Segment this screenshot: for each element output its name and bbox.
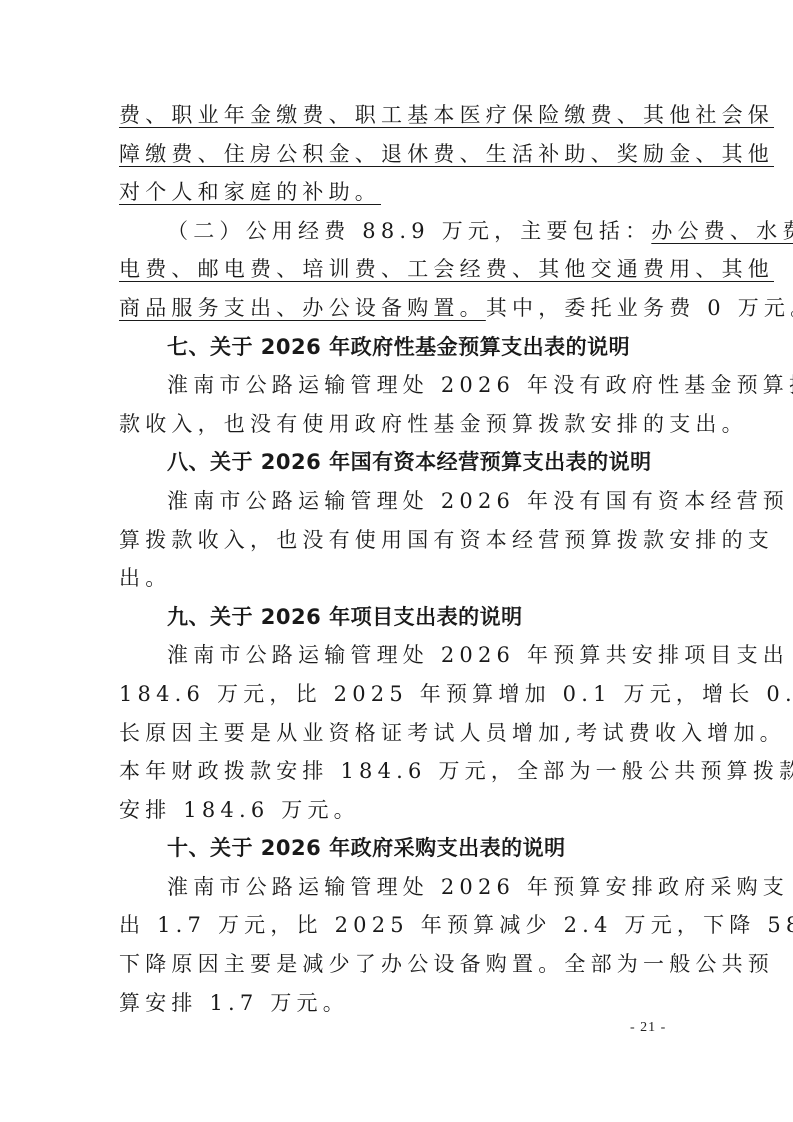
underlined-text: 障缴费、住房公积金、退休费、生活补助、奖励金、其他 bbox=[119, 142, 774, 166]
paragraph-line: 淮南市公路运输管理处 2026 年预算安排政府采购支 bbox=[119, 868, 675, 907]
section-heading-7: 七、关于 2026 年政府性基金预算支出表的说明 bbox=[119, 328, 675, 367]
underlined-text: 办公费、水费、 bbox=[651, 219, 793, 243]
paragraph-line: 淮南市公路运输管理处 2026 年预算共安排项目支出 bbox=[119, 636, 675, 675]
paragraph-line: 对个人和家庭的补助。 bbox=[119, 173, 675, 212]
paragraph-line: （二）公用经费 88.9 万元，主要包括：办公费、水费、 bbox=[119, 212, 675, 251]
underlined-text: 费、职业年金缴费、职工基本医疗保险缴费、其他社会保 bbox=[119, 103, 774, 127]
paragraph-line: 淮南市公路运输管理处 2026 年没有政府性基金预算拨 bbox=[119, 366, 675, 405]
paragraph-line: 长原因主要是从业资格证考试人员增加,考试费收入增加。 bbox=[119, 714, 675, 753]
section-heading-9: 九、关于 2026 年项目支出表的说明 bbox=[119, 598, 675, 637]
underlined-text: 商品服务支出、办公设备购置。 bbox=[119, 296, 486, 320]
paragraph-line: 淮南市公路运输管理处 2026 年没有国有资本经营预 bbox=[119, 482, 675, 521]
underlined-text: 对个人和家庭的补助。 bbox=[119, 180, 381, 204]
document-page: 费、职业年金缴费、职工基本医疗保险缴费、其他社会保 障缴费、住房公积金、退休费、… bbox=[119, 96, 675, 1022]
paragraph-line: 出 1.7 万元，比 2025 年预算减少 2.4 万元，下降 58.5%， bbox=[119, 906, 675, 945]
paragraph-line: 出。 bbox=[119, 559, 675, 598]
paragraph-line: 款收入，也没有使用政府性基金预算拨款安排的支出。 bbox=[119, 405, 675, 444]
entrusted-fee-text: 其中，委托业务费 0 万元。 bbox=[486, 296, 793, 320]
paragraph-line: 本年财政拨款安排 184.6 万元，全部为一般公共预算拨款 bbox=[119, 752, 675, 791]
paragraph-line: 商品服务支出、办公设备购置。其中，委托业务费 0 万元。 bbox=[119, 289, 675, 328]
paragraph-line: 费、职业年金缴费、职工基本医疗保险缴费、其他社会保 bbox=[119, 96, 675, 135]
paragraph-line: 算拨款收入，也没有使用国有资本经营预算拨款安排的支 bbox=[119, 521, 675, 560]
section-heading-8: 八、关于 2026 年国有资本经营预算支出表的说明 bbox=[119, 443, 675, 482]
paragraph-line: 安排 184.6 万元。 bbox=[119, 791, 675, 830]
paragraph-line: 下降原因主要是减少了办公设备购置。全部为一般公共预 bbox=[119, 945, 675, 984]
page-number: - 21 - bbox=[630, 1020, 666, 1036]
paragraph-line: 电费、邮电费、培训费、工会经费、其他交通费用、其他 bbox=[119, 250, 675, 289]
paragraph-line: 障缴费、住房公积金、退休费、生活补助、奖励金、其他 bbox=[119, 135, 675, 174]
underlined-text: 电费、邮电费、培训费、工会经费、其他交通费用、其他 bbox=[119, 257, 774, 281]
section-heading-10: 十、关于 2026 年政府采购支出表的说明 bbox=[119, 829, 675, 868]
paragraph-line: 算安排 1.7 万元。 bbox=[119, 984, 675, 1023]
paragraph-line: 184.6 万元，比 2025 年预算增加 0.1 万元，增长 0.05%，增 bbox=[119, 675, 675, 714]
public-funds-intro: （二）公用经费 88.9 万元，主要包括： bbox=[167, 219, 651, 243]
